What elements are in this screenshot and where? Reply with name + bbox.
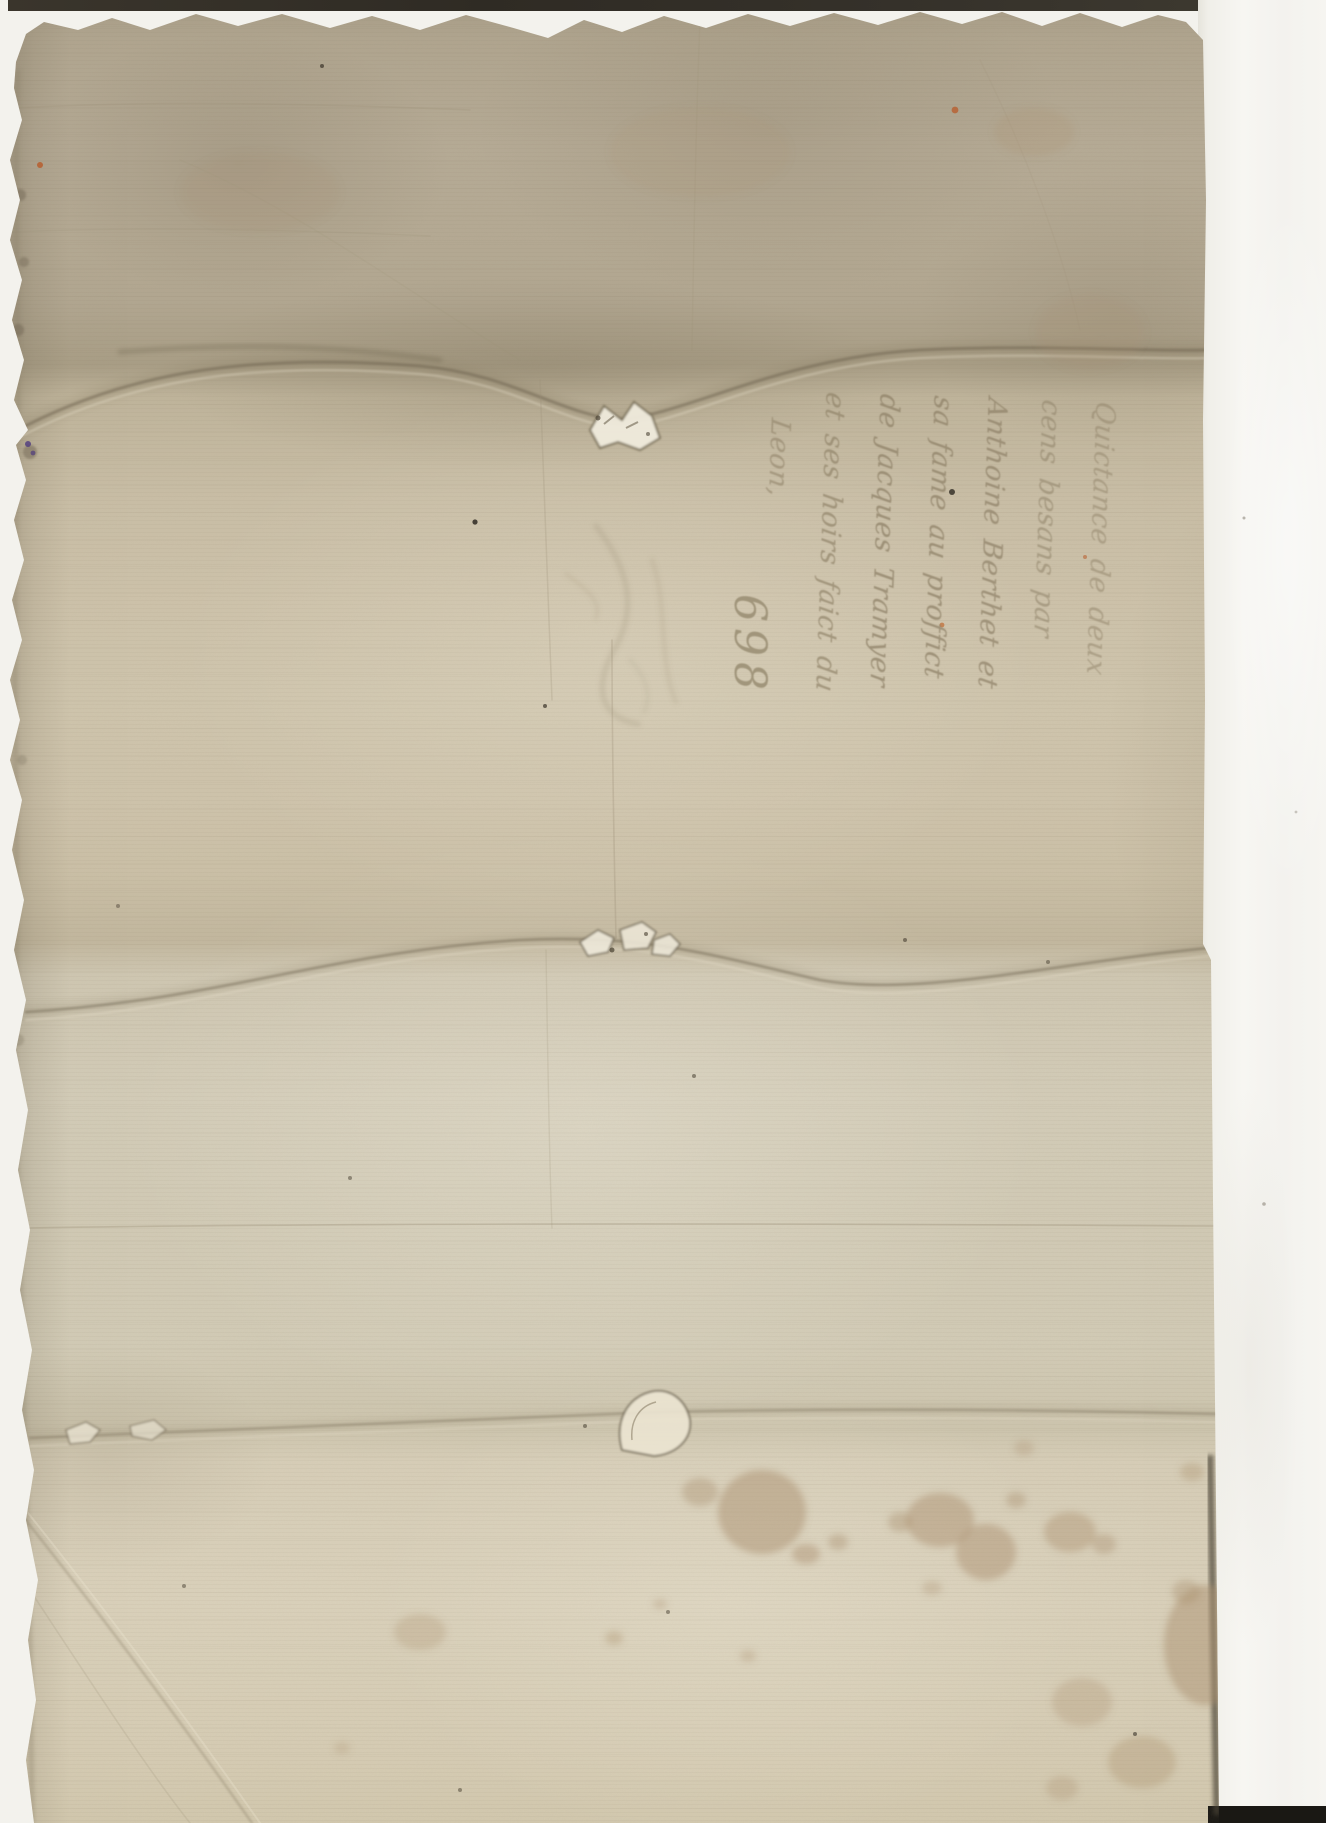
docket-rotated-text: Quictance de deux cens besans par Anthoi… — [735, 389, 1132, 838]
docket-inscription: Quictance de deux cens besans par Anthoi… — [742, 396, 1124, 832]
bed-dust-specks — [1243, 517, 1298, 1206]
archival-number: 698 — [722, 594, 776, 722]
archival-number-rotated: 698 — [722, 594, 776, 722]
paper-detail-overlay — [0, 0, 1326, 1823]
